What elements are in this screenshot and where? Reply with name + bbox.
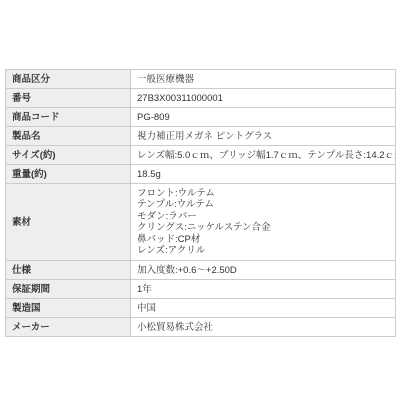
- row-value: 視力補正用メガネ ピントグラス: [131, 127, 396, 146]
- row-value: レンズ幅:5.0ｃｍ、ブリッジ幅1.7ｃｍ、テンプル長さ:14.2ｃｍ: [131, 146, 396, 165]
- table-row: 仕様 加入度数:+0.6〜+2.50D: [6, 261, 396, 280]
- product-spec-page: 商品区分 一般医療機器 番号 27B3X00311000001 商品コード PG…: [0, 0, 400, 400]
- row-label: 番号: [6, 89, 131, 108]
- row-label: 保証期間: [6, 280, 131, 299]
- row-value: 中国: [131, 299, 396, 318]
- row-label: 商品区分: [6, 70, 131, 89]
- table-row: 商品区分 一般医療機器: [6, 70, 396, 89]
- material-line: フロント:ウルテム: [137, 188, 389, 200]
- material-line: モダン:ラバー: [137, 211, 389, 223]
- row-value: 27B3X00311000001: [131, 89, 396, 108]
- table-row: 商品コード PG-809: [6, 108, 396, 127]
- row-value-material: フロント:ウルテム テンプル:ウルテム モダン:ラバー クリングス:ニッケルステ…: [131, 184, 396, 261]
- table-row: サイズ(約) レンズ幅:5.0ｃｍ、ブリッジ幅1.7ｃｍ、テンプル長さ:14.2…: [6, 146, 396, 165]
- table-row: 番号 27B3X00311000001: [6, 89, 396, 108]
- row-value: 1年: [131, 280, 396, 299]
- material-line: クリングス:ニッケルステン合金: [137, 222, 389, 234]
- table-row: 製品名 視力補正用メガネ ピントグラス: [6, 127, 396, 146]
- table-row: 重量(約) 18.5g: [6, 165, 396, 184]
- material-line: レンズ:アクリル: [137, 245, 389, 257]
- row-label: サイズ(約): [6, 146, 131, 165]
- row-label: 重量(約): [6, 165, 131, 184]
- table-row: 素材 フロント:ウルテム テンプル:ウルテム モダン:ラバー クリングス:ニッケ…: [6, 184, 396, 261]
- row-label: 商品コード: [6, 108, 131, 127]
- row-label: 素材: [6, 184, 131, 261]
- row-label: 製造国: [6, 299, 131, 318]
- table-row: 保証期間 1年: [6, 280, 396, 299]
- row-value: 小松貿易株式会社: [131, 318, 396, 337]
- row-value: 一般医療機器: [131, 70, 396, 89]
- row-label: メーカー: [6, 318, 131, 337]
- row-value: 加入度数:+0.6〜+2.50D: [131, 261, 396, 280]
- material-line: 鼻パッド:CP材: [137, 234, 389, 246]
- table-row: メーカー 小松貿易株式会社: [6, 318, 396, 337]
- material-line: テンプル:ウルテム: [137, 199, 389, 211]
- row-value: 18.5g: [131, 165, 396, 184]
- row-label: 製品名: [6, 127, 131, 146]
- row-label: 仕様: [6, 261, 131, 280]
- product-spec-table: 商品区分 一般医療機器 番号 27B3X00311000001 商品コード PG…: [5, 69, 396, 337]
- row-value: PG-809: [131, 108, 396, 127]
- table-row: 製造国 中国: [6, 299, 396, 318]
